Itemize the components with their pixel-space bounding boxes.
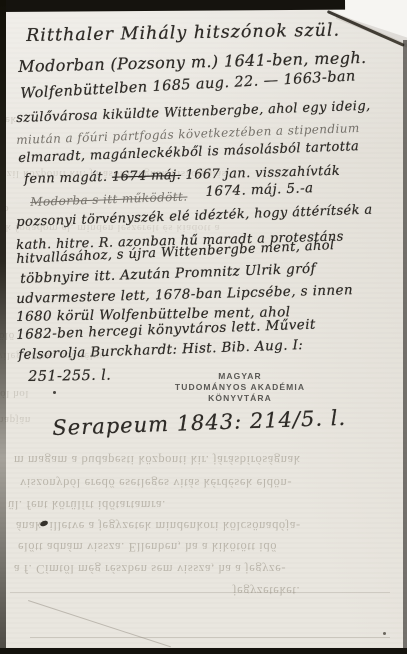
bleedthrough-line: jegyzeteket. [233,583,300,598]
bleedthrough-line: ának, illetve a jegyzetek mindenkori köl… [16,518,301,533]
bleedthrough-line: viszonyból eredő esetleges vitás kérdése… [20,475,292,490]
bleedthrough-fragment: ból hol [0,388,29,400]
paper-speck [53,391,56,394]
line-text: fenn magát. [24,170,112,187]
bleedthrough-fragment: egészének [0,114,17,126]
paper-crease [10,592,390,593]
stamp-line: KÖNYVTÁRA [168,393,312,404]
stamp-line: TUDOMÁNYOS AKADÉMIA [168,382,312,393]
bleedthrough-line: ül. fent körülírt időtartamra. [8,497,166,512]
date-text: 1674. máj. 5.-a [205,180,314,200]
scanned-manuscript-page: egészének szil központi kir. járásbírósá… [0,0,407,654]
struck-out-date: 1674 máj. [112,168,181,185]
paper-crease [30,637,390,638]
bleedthrough-line: előtt adnám vissza. Ellenben, ha a kiköt… [18,539,277,554]
stamp-line: MAGYAR [168,371,312,382]
bleedthrough-fragment: ogjelölő [0,330,15,342]
bleedthrough-fragment: ndebito [0,203,9,215]
handwritten-line: 251-255. l. [28,368,111,385]
bleedthrough-fragment: napján [0,414,31,426]
bleedthrough-line: a f. Címtől még részben sem vissza, ha a… [14,561,286,576]
bleedthrough-line: m magam a budapesti központi kir. járásb… [14,452,301,467]
paper-speck [383,632,386,635]
library-stamp: MAGYAR TUDOMÁNYOS AKADÉMIA KÖNYVTÁRA [168,371,312,404]
